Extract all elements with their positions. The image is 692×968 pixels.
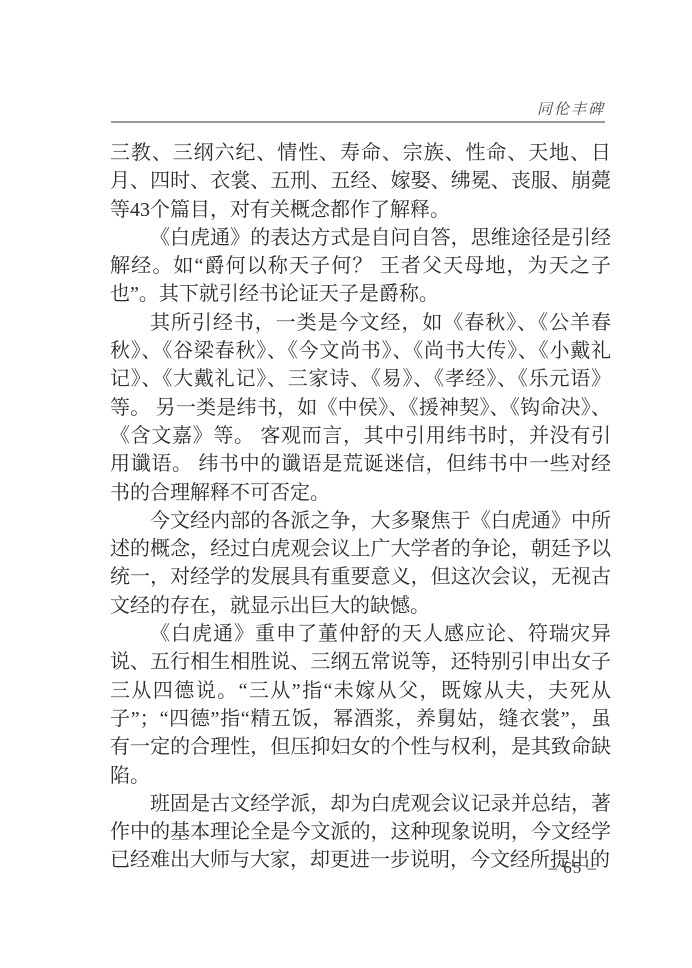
paragraph: 《白虎通》重申了董仲舒的天人感应论、符瑞灾异说、五行相生相胜说、三纲五常说等，还… (110, 620, 611, 790)
paragraph: 今文经内部的各派之争，大多聚焦于《白虎通》中所述的概念，经过白虎观会议上广大学者… (110, 507, 611, 620)
page-number: – 65 – (111, 858, 597, 878)
running-header: 同伦丰碑 (111, 98, 605, 119)
paragraph: 其所引经书，一类是今文经，如《春秋》、《公羊春秋》、《谷梁春秋》、《今文尚书》、… (110, 309, 611, 507)
page-body: 三教、三纲六纪、情性、寿命、宗族、性命、天地、日月、四时、衣裳、五刑、五经、嫁娶… (110, 139, 611, 875)
paragraph: 《白虎通》的表达方式是自问自答，思维途径是引经解经。如“爵何以称天子何？ 王者父… (110, 224, 611, 309)
header-rule-divider (111, 121, 605, 123)
book-page: 同伦丰碑 三教、三纲六纪、情性、寿命、宗族、性命、天地、日月、四时、衣裳、五刑、… (0, 0, 692, 968)
paragraph: 三教、三纲六纪、情性、寿命、宗族、性命、天地、日月、四时、衣裳、五刑、五经、嫁娶… (110, 139, 611, 224)
